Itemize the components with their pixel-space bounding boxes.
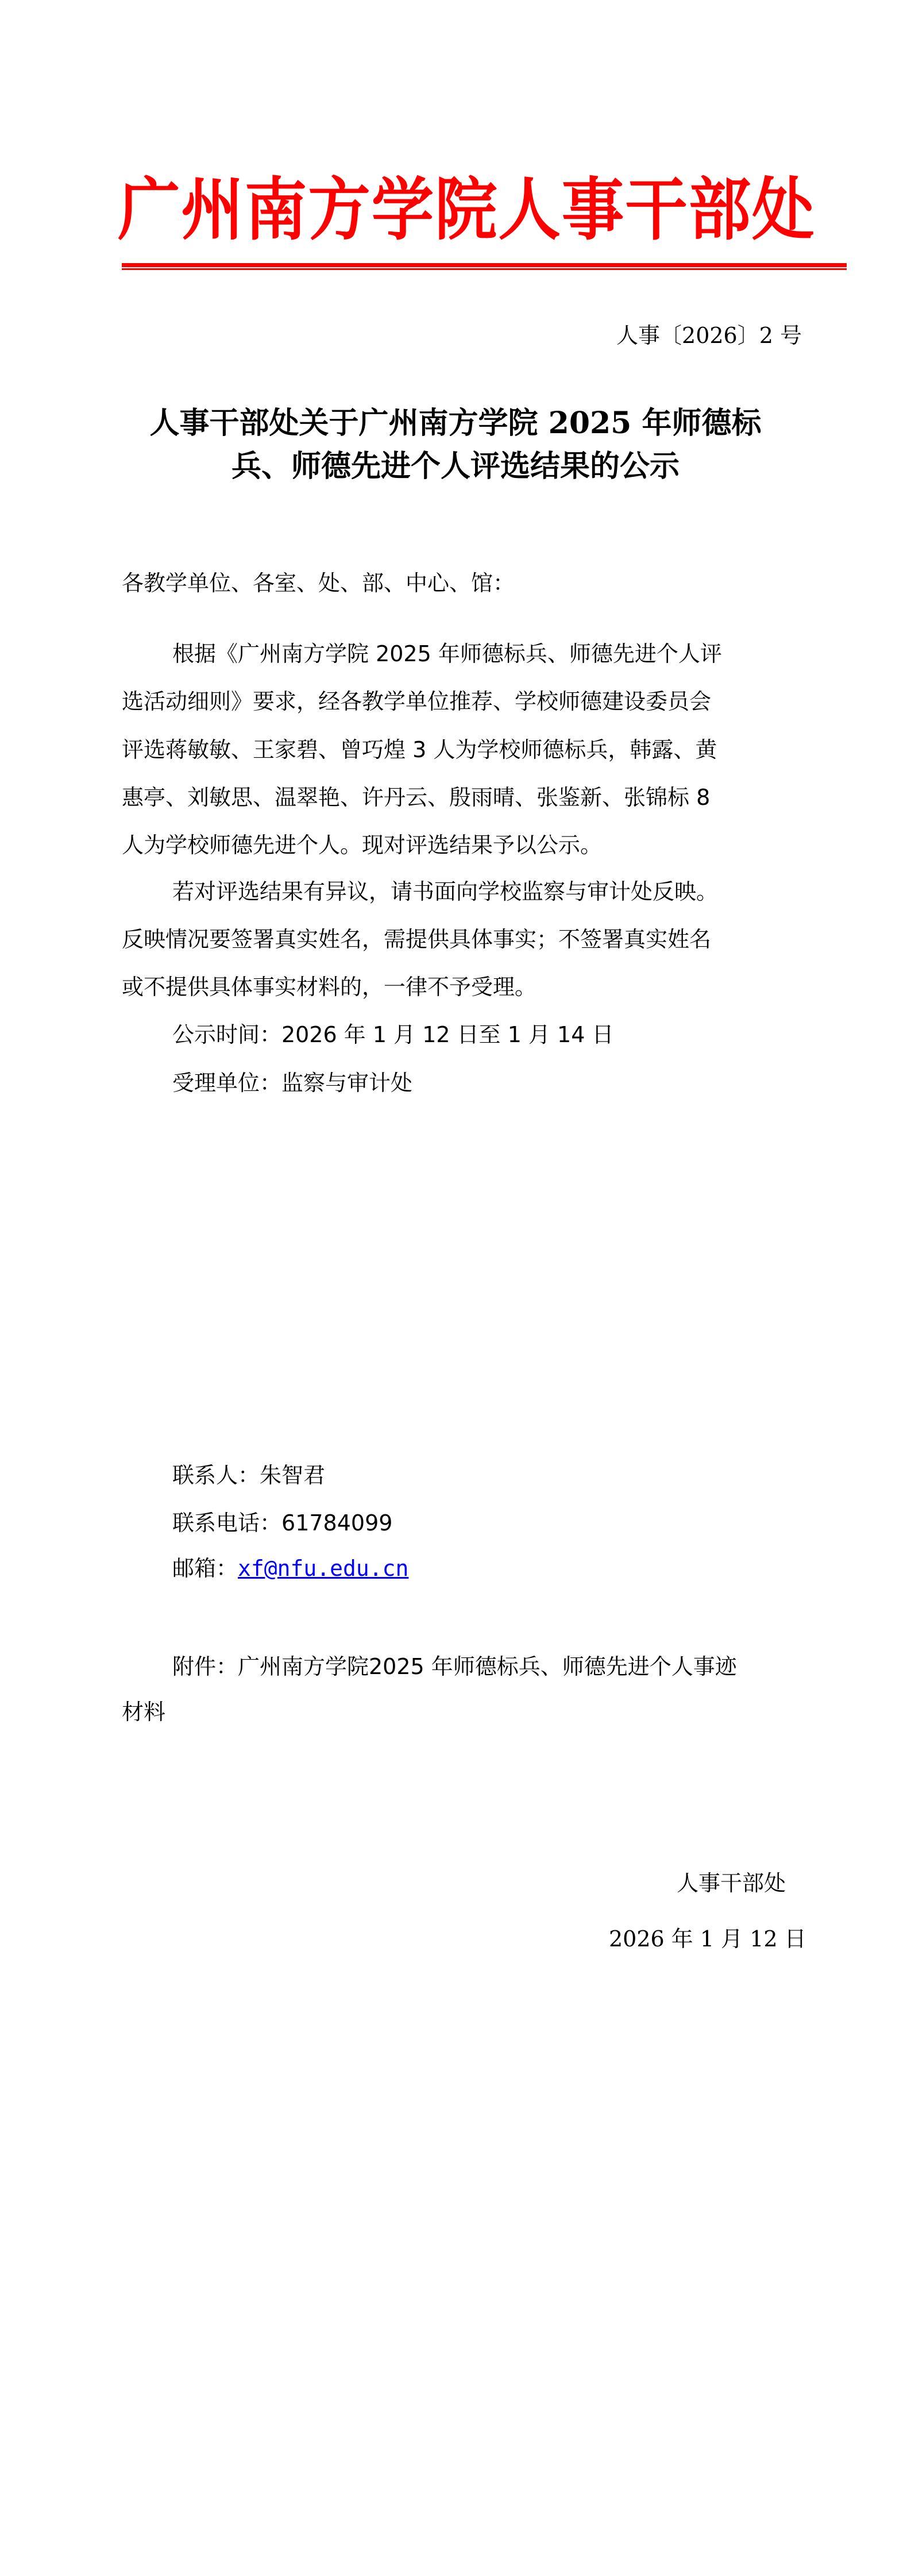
paragraph2-line: 或不提供具体事实材料的，一律不予受理。 xyxy=(122,973,536,1001)
paragraph1-line: 惠亭、刘敏思、温翠艳、许丹云、殷雨晴、张鉴新、张锦标 8 xyxy=(122,783,710,812)
document-title-line-1: 人事干部处关于广州南方学院 2025 年师德标 xyxy=(115,402,796,445)
paragraph1-line: 根据《广州南方学院 2025 年师德标兵、师德先进个人评 xyxy=(172,639,722,668)
contact-phone-number: 61784099 xyxy=(281,1510,392,1536)
masthead-rule-thin xyxy=(122,268,847,270)
masthead-title: 广州南方学院人事干部处 xyxy=(118,172,789,247)
issue-date: 2026 年 1 月 12 日 xyxy=(609,1925,806,1953)
handling-unit: 受理单位：监察与审计处 xyxy=(172,1069,412,1097)
contact-phone-label: 联系电话： xyxy=(172,1510,281,1536)
attachment-line-1: 附件：广州南方学院2025 年师德标兵、师德先进个人事迹 xyxy=(172,1652,737,1681)
paragraph1-line: 评选蒋敏敏、王家碧、曾巧煌 3 人为学校师德标兵，韩露、黄 xyxy=(122,735,717,764)
contact-person: 联系人：朱智君 xyxy=(172,1461,325,1490)
contact-person-name: 朱智君 xyxy=(260,1463,325,1488)
masthead-rule-thick xyxy=(122,263,847,267)
contact-phone: 联系电话：61784099 xyxy=(172,1509,392,1537)
document-number: 人事〔2026〕2 号 xyxy=(616,318,802,349)
issuer-name: 人事干部处 xyxy=(677,1869,786,1898)
email-link[interactable]: xf@nfu.edu.cn xyxy=(238,1556,408,1581)
contact-email: 邮箱：xf@nfu.edu.cn xyxy=(172,1554,408,1583)
paragraph1-line: 选活动细则》要求，经各教学单位推荐、学校师德建设委员会 xyxy=(122,687,711,716)
paragraph1-line: 人为学校师德先进个人。现对评选结果予以公示。 xyxy=(122,831,602,859)
contact-person-label: 联系人： xyxy=(172,1463,260,1488)
paragraph2-line: 若对评选结果有异议，请书面向学校监察与审计处反映。 xyxy=(172,877,718,906)
paragraph2-line: 反映情况要签署真实姓名，需提供具体事实；不签署真实姓名 xyxy=(122,925,711,954)
salutation: 各教学单位、各室、处、部、中心、馆： xyxy=(122,569,515,597)
publicity-period: 公示时间：2026 年 1 月 12 日至 1 月 14 日 xyxy=(172,1020,613,1049)
contact-email-label: 邮箱： xyxy=(172,1556,238,1581)
document-title-line-2: 兵、师德先进个人评选结果的公示 xyxy=(115,445,796,488)
attachment-line-2: 材料 xyxy=(122,1698,165,1726)
document-page: 广州南方学院人事干部处 人事〔2026〕2 号 人事干部处关于广州南方学院 20… xyxy=(0,0,911,2576)
